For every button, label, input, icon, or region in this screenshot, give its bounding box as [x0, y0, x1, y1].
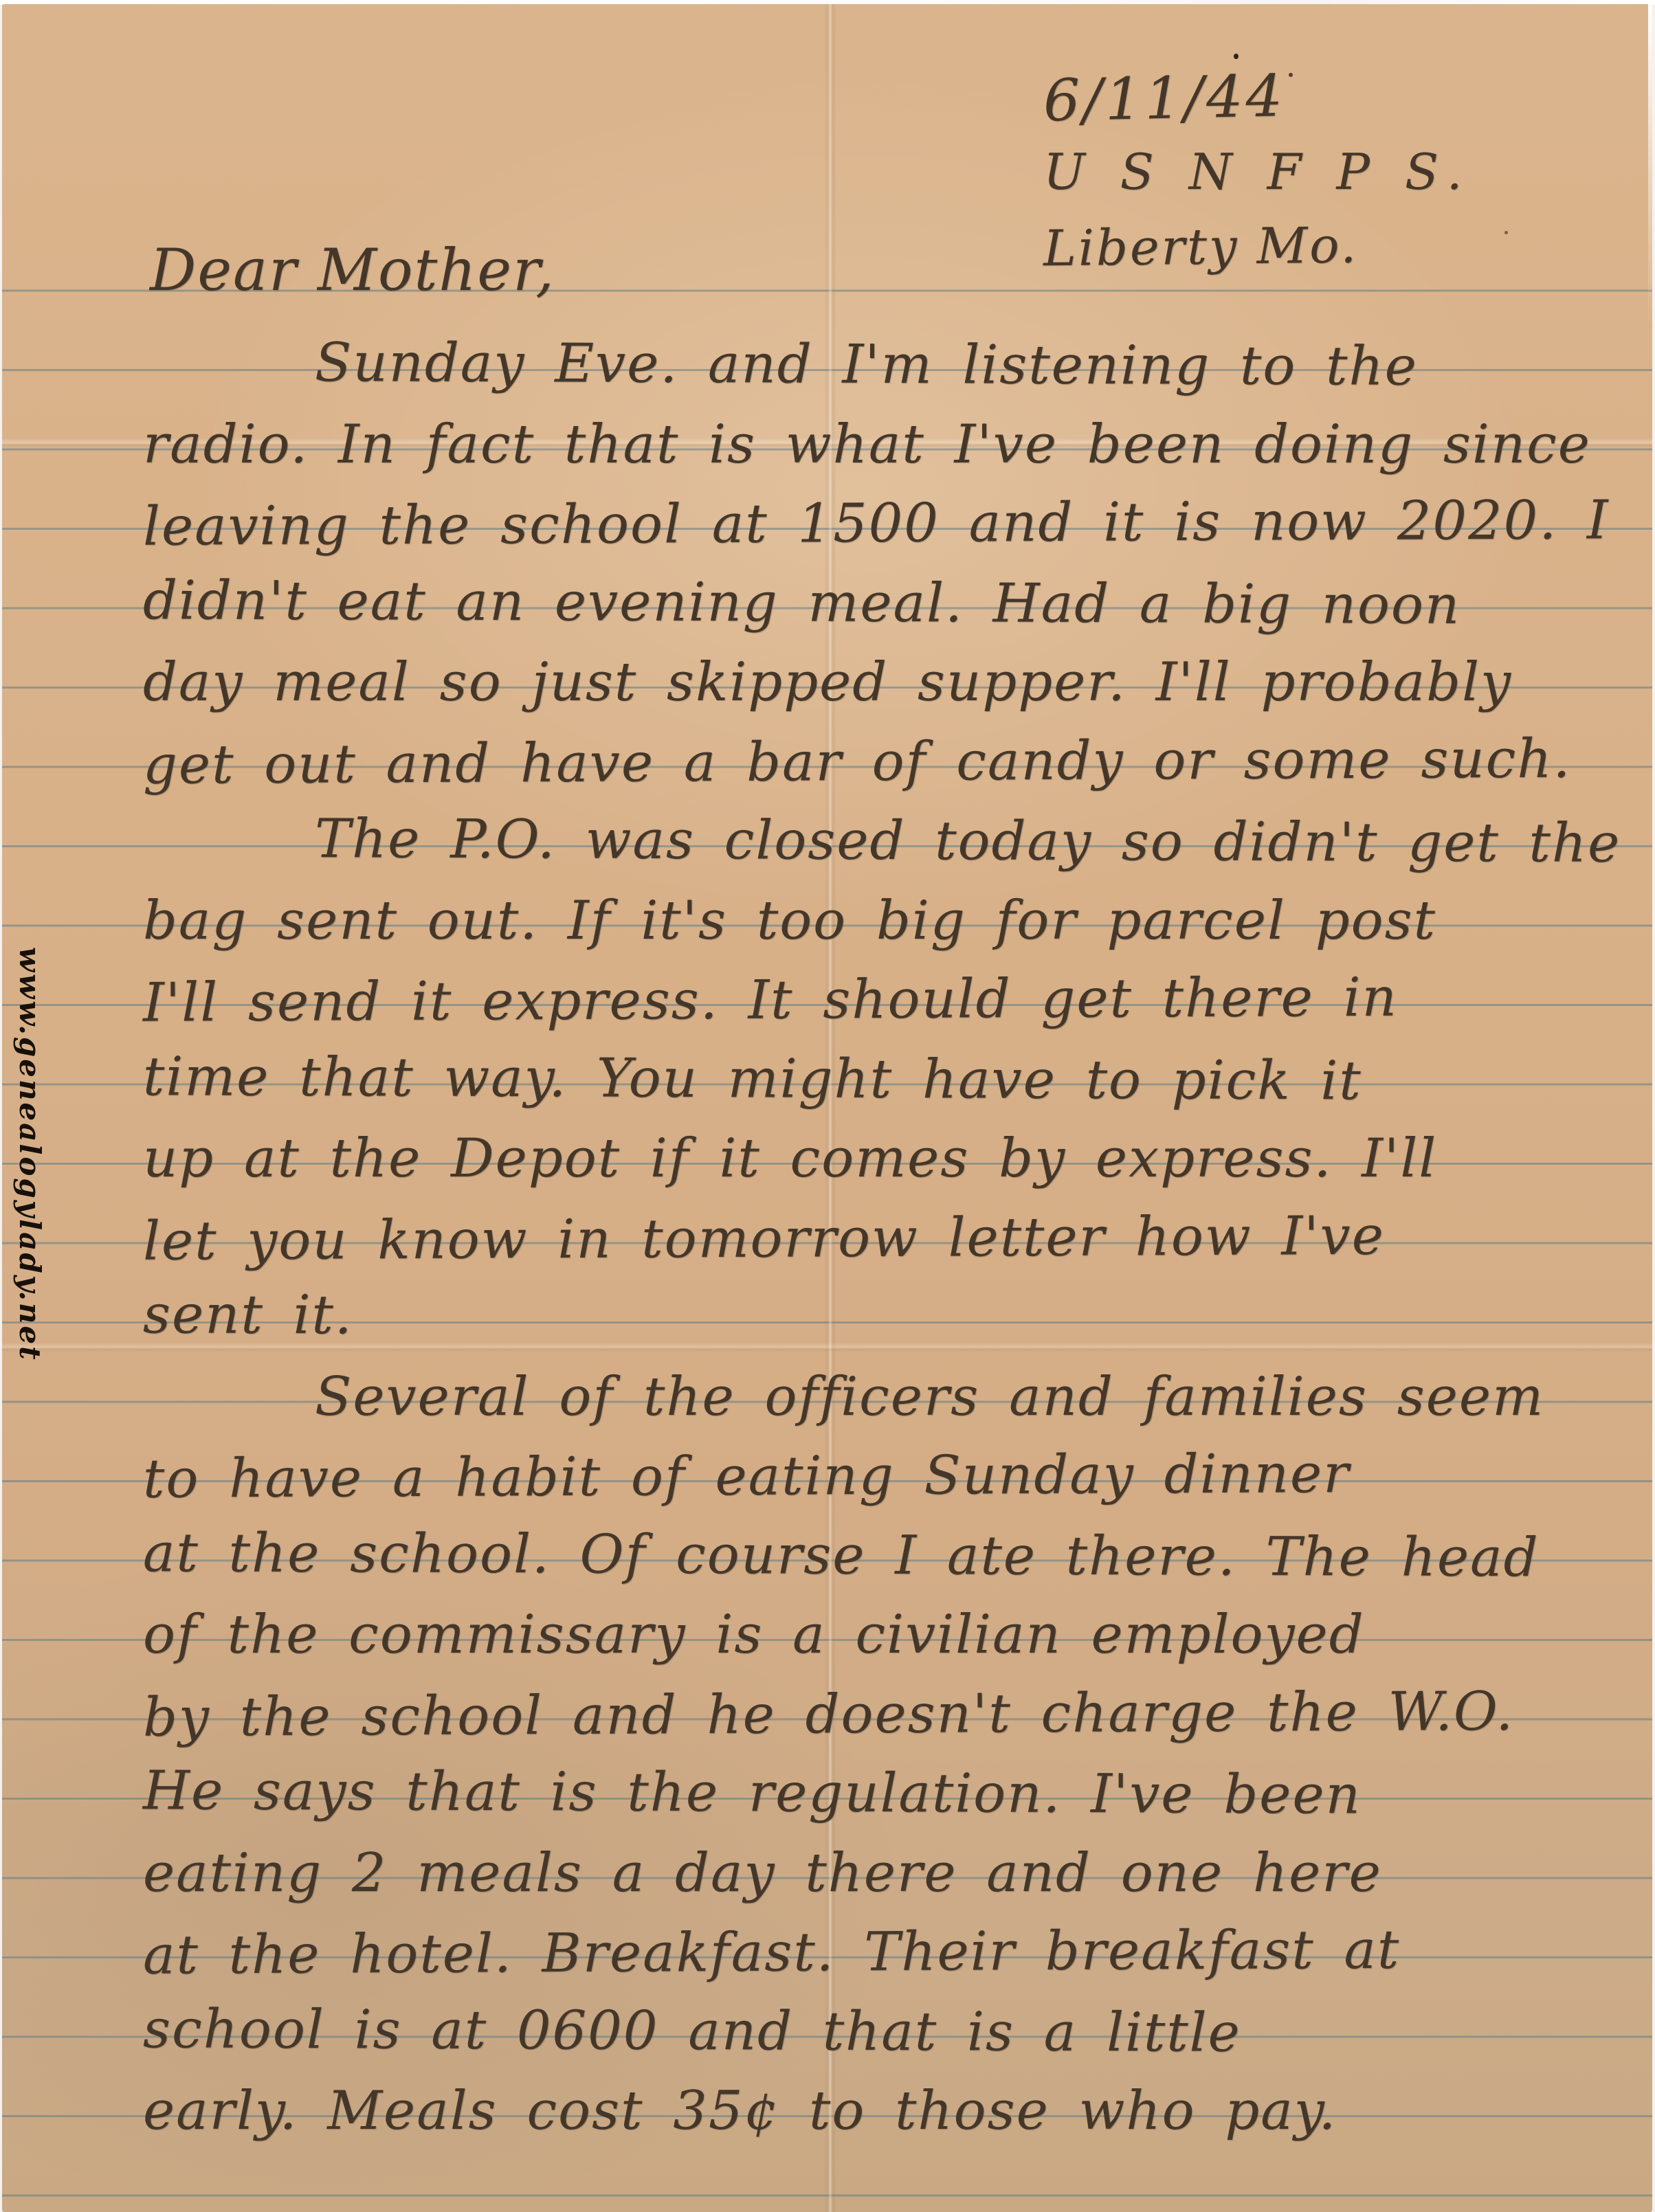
letter-line: I'll send it express. It should get ther…	[143, 957, 1625, 1043]
letter-location: Liberty Mo.	[1043, 207, 1472, 286]
letter-line: of the commissary is a civilian employed	[143, 1596, 1625, 1675]
letter-line: day meal so just skipped supper. I'll pr…	[143, 643, 1625, 723]
letter-line: Sunday Eve. and I'm listening to the	[143, 323, 1625, 407]
letter-line: school is at 0600 and that is a little	[143, 1990, 1625, 2075]
letter-line: didn't eat an evening meal. Had a big no…	[143, 561, 1625, 646]
letter-line: at the school. Of course I ate there. Th…	[143, 1514, 1625, 1598]
letter-line: time that way. You might have to pick it	[143, 1038, 1625, 1122]
scan-edge-right	[1648, 4, 1652, 327]
salutation: Dear Mother,	[150, 236, 555, 304]
letter-header: 6/11/44 U S N F P S. Liberty Mo.	[1043, 58, 1471, 283]
letter-line: bag sent out. If it's too big for parcel…	[143, 882, 1625, 961]
letter-line: He says that is the regulation. I've bee…	[143, 1752, 1625, 1836]
letter-body: Sunday Eve. and I'm listening to the rad…	[143, 326, 1625, 2152]
letter-line: at the hotel. Breakfast. Their breakfast…	[143, 1910, 1625, 1996]
scanned-letter-page: www.genealogylady.net 6/11/44 U S N F P …	[0, 0, 1655, 2212]
letter-paper: www.genealogylady.net 6/11/44 U S N F P …	[2, 4, 1652, 2212]
letter-date: 6/11/44	[1043, 53, 1473, 139]
letter-line: Several of the officers and families see…	[143, 1358, 1625, 1438]
letter-line: The P.O. was closed today so didn't get …	[143, 799, 1625, 884]
watermark-text: www.genealogylady.net	[13, 947, 47, 1362]
letter-line: radio. In fact that is what I've been do…	[143, 405, 1625, 485]
letter-line: leaving the school at 1500 and it is now…	[143, 481, 1625, 567]
letter-line: let you know in tomorrow letter how I've	[143, 1196, 1625, 1282]
letter-line: to have a habit of eating Sunday dinner	[143, 1433, 1625, 1519]
letter-line: get out and have a bar of candy or some …	[143, 719, 1625, 805]
letter-line: eating 2 meals a day there and one here	[143, 1834, 1625, 1914]
ink-speck	[1504, 231, 1508, 234]
letter-line: early. Meals cost 35¢ to those who pay.	[143, 2072, 1625, 2152]
letter-organization: U S N F P S.	[1043, 135, 1471, 209]
letter-line: sent it.	[143, 1275, 1625, 1360]
letter-line: up at the Depot if it comes by express. …	[143, 1119, 1625, 1199]
letter-line: by the school and he doesn't charge the …	[143, 1672, 1625, 1758]
